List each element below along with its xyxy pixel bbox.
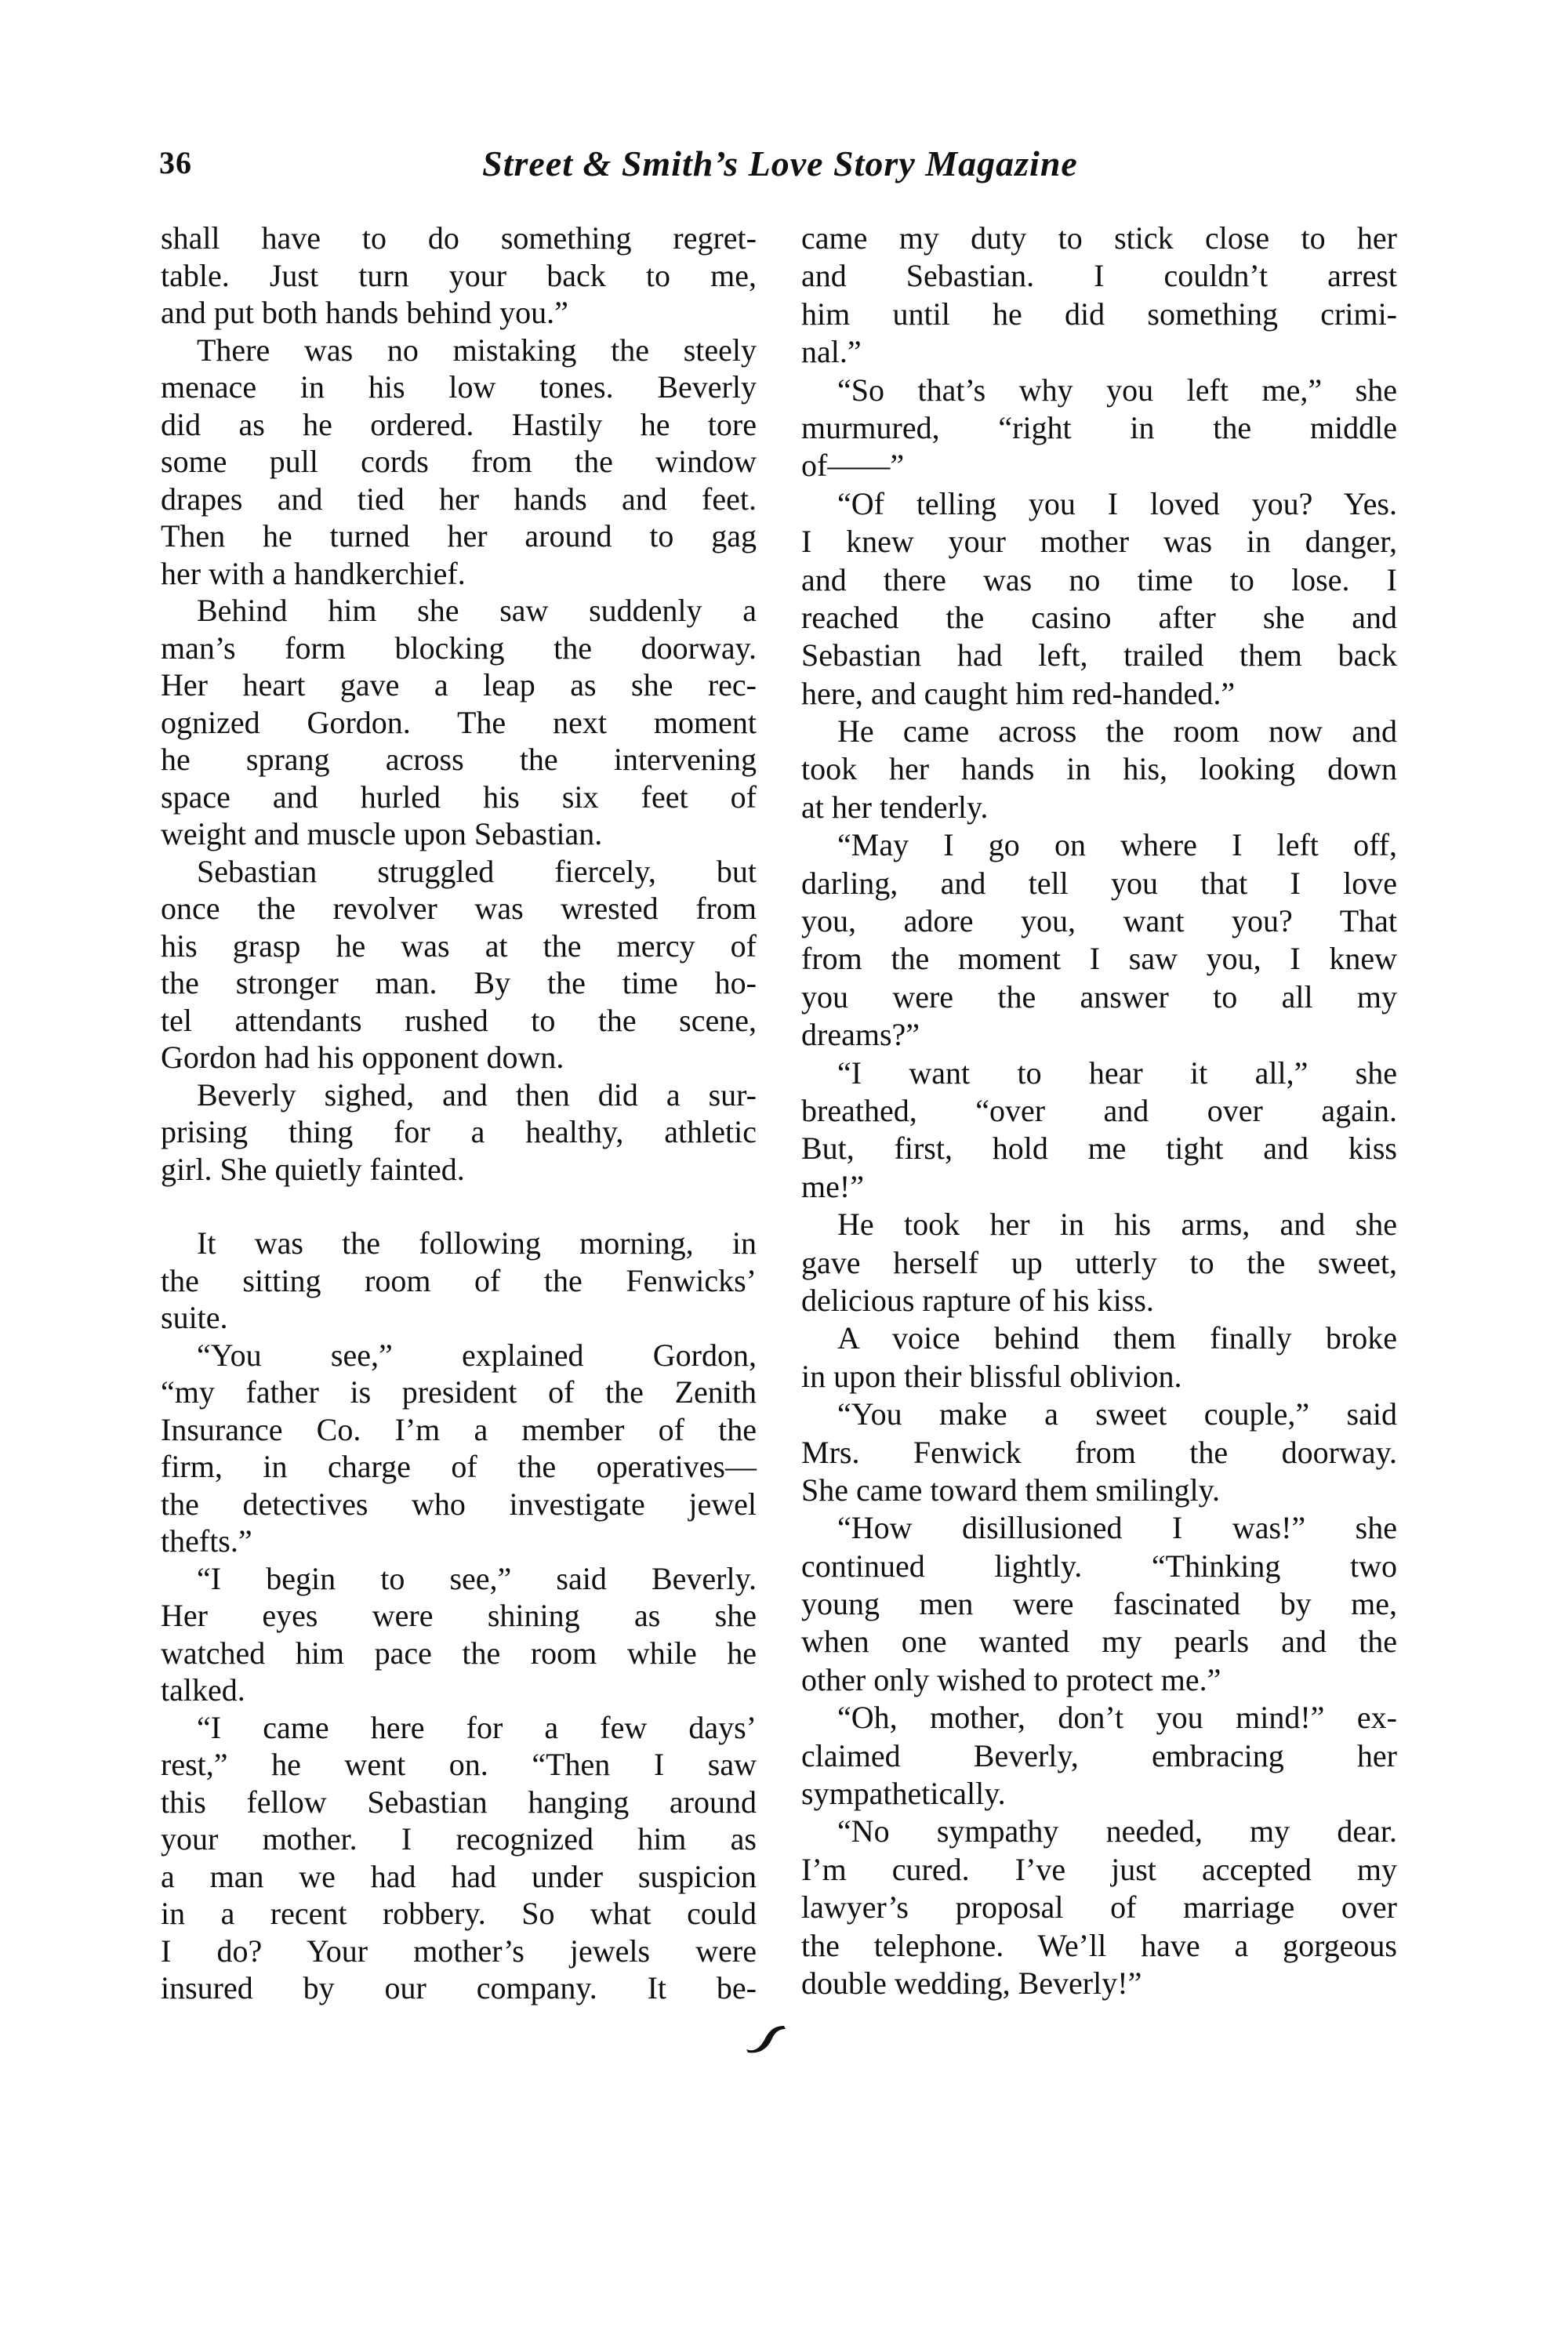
text-line: murmured, “right in the middle — [801, 409, 1397, 447]
text-line: Sebastian struggled fiercely, but — [161, 853, 757, 891]
text-line: the sitting room of the Fenwicks’ — [161, 1262, 757, 1300]
text-line: me!” — [801, 1168, 1397, 1206]
text-line: breathed, “over and over again. — [801, 1092, 1397, 1130]
text-line: Her heart gave a leap as she rec- — [161, 666, 757, 704]
text-line: He took her in his arms, and she — [801, 1206, 1397, 1243]
text-line: lawyer’s proposal of marriage over — [801, 1889, 1397, 1926]
line-text: and Sebastian. I couldn’t arrest — [801, 257, 1397, 295]
text-line: at her tenderly. — [801, 789, 1397, 826]
line-text: in a recent robbery. So what could — [161, 1895, 757, 1933]
text-line: nal.” — [801, 333, 1397, 371]
line-text: when one wanted my pearls and the — [801, 1623, 1397, 1661]
text-line: “No sympathy needed, my dear. — [801, 1813, 1397, 1850]
text-line: in upon their blissful oblivion. — [801, 1358, 1397, 1396]
line-text: drapes and tied her hands and feet. — [161, 481, 757, 518]
text-line: Gordon had his opponent down. — [161, 1039, 757, 1076]
text-line: drapes and tied her hands and feet. — [161, 481, 757, 518]
right-text-column: came my duty to stick close to herand Se… — [801, 220, 1397, 2002]
text-line: sympathetically. — [801, 1775, 1397, 1813]
text-line: Sebastian had left, trailed them back — [801, 637, 1397, 674]
line-text: Beverly sighed, and then did a sur- — [197, 1076, 757, 1114]
text-line: did as he ordered. Hastily he tore — [161, 406, 757, 444]
text-line: I’m cured. I’ve just accepted my — [801, 1851, 1397, 1889]
line-text: the telephone. We’ll have a gorgeous — [801, 1927, 1397, 1965]
text-line: A voice behind them finally broke — [801, 1319, 1397, 1357]
line-text: I knew your mother was in danger, — [801, 523, 1397, 561]
line-text: “So that’s why you left me,” she — [837, 372, 1397, 409]
line-text: Then he turned her around to gag — [161, 517, 757, 555]
text-line: you were the answer to all my — [801, 978, 1397, 1016]
text-line: But, first, hold me tight and kiss — [801, 1130, 1397, 1167]
line-text: the sitting room of the Fenwicks’ — [161, 1262, 757, 1300]
line-text: “I begin to see,” said Beverly. — [197, 1560, 757, 1598]
line-text: Sebastian struggled fiercely, but — [197, 853, 757, 891]
text-line: “How disillusioned I was!” she — [801, 1509, 1397, 1547]
line-text: double wedding, Beverly!” — [801, 1965, 1397, 2002]
text-line: ognized Gordon. The next moment — [161, 704, 757, 742]
text-line: when one wanted my pearls and the — [801, 1623, 1397, 1661]
text-line: this fellow Sebastian hanging around — [161, 1784, 757, 1821]
line-text: He came across the room now and — [837, 713, 1397, 750]
ornament-icon — [743, 2021, 790, 2056]
text-line: the detectives who investigate jewel — [161, 1486, 757, 1523]
line-text: breathed, “over and over again. — [801, 1092, 1397, 1130]
line-text: Sebastian had left, trailed them back — [801, 637, 1397, 674]
text-line: “Of telling you I loved you? Yes. — [801, 485, 1397, 523]
line-text: man’s form blocking the doorway. — [161, 630, 757, 667]
text-line: in a recent robbery. So what could — [161, 1895, 757, 1933]
line-text: ognized Gordon. The next moment — [161, 704, 757, 742]
text-line: from the moment I saw you, I knew — [801, 940, 1397, 978]
line-text: talked. — [161, 1671, 757, 1709]
line-text: I do? Your mother’s jewels were — [161, 1933, 757, 1970]
text-line: here, and caught him red-handed.” — [801, 675, 1397, 713]
text-line: There was no mistaking the steely — [161, 332, 757, 369]
text-line: man’s form blocking the doorway. — [161, 630, 757, 667]
text-line: and there was no time to lose. I — [801, 561, 1397, 599]
line-text: Her heart gave a leap as she rec- — [161, 666, 757, 704]
text-line: Beverly sighed, and then did a sur- — [161, 1076, 757, 1114]
line-text: her with a handkerchief. — [161, 555, 757, 593]
line-text: table. Just turn your back to me, — [161, 257, 757, 295]
running-title: Street & Smith’s Love Story Magazine — [439, 144, 1121, 183]
text-line: and put both hands behind you.” — [161, 294, 757, 332]
text-line: thefts.” — [161, 1523, 757, 1560]
text-line: Mrs. Fenwick from the doorway. — [801, 1434, 1397, 1472]
text-line: “my father is president of the Zenith — [161, 1374, 757, 1411]
line-text: darling, and tell you that I love — [801, 865, 1397, 902]
line-text: his grasp he was at the mercy of — [161, 927, 757, 965]
text-line: came my duty to stick close to her — [801, 220, 1397, 257]
text-line: girl. She quietly fainted. — [161, 1151, 757, 1189]
text-line: “I begin to see,” said Beverly. — [161, 1560, 757, 1598]
text-line: dreams?” — [801, 1016, 1397, 1054]
line-text: shall have to do something regret- — [161, 220, 757, 257]
line-text: sympathetically. — [801, 1775, 1397, 1813]
text-line: a man we had had under suspicion — [161, 1858, 757, 1896]
line-text: you, adore you, want you? That — [801, 902, 1397, 940]
text-line: continued lightly. “Thinking two — [801, 1548, 1397, 1585]
text-line: weight and muscle upon Sebastian. — [161, 815, 757, 853]
line-text: the stronger man. By the time ho- — [161, 964, 757, 1002]
line-text: in upon their blissful oblivion. — [801, 1358, 1397, 1396]
text-line: he sprang across the intervening — [161, 741, 757, 779]
text-line: firm, in charge of the operatives— — [161, 1448, 757, 1486]
line-text: “How disillusioned I was!” she — [837, 1509, 1397, 1547]
text-line: It was the following morning, in — [161, 1225, 757, 1262]
text-line: him until he did something crimi- — [801, 296, 1397, 333]
text-line: “Oh, mother, don’t you mind!” ex- — [801, 1699, 1397, 1737]
line-text: young men were fascinated by me, — [801, 1585, 1397, 1623]
line-text: Insurance Co. I’m a member of the — [161, 1411, 757, 1449]
line-text: insured by our company. It be- — [161, 1969, 757, 2007]
line-text: Mrs. Fenwick from the doorway. — [801, 1434, 1397, 1472]
line-text: nal.” — [801, 333, 1397, 371]
text-line: “I came here for a few days’ — [161, 1709, 757, 1747]
line-text: “May I go on where I left off, — [837, 826, 1397, 864]
magazine-page: 36 Street & Smith’s Love Story Magazine … — [0, 0, 1568, 2352]
line-text: watched him pace the room while he — [161, 1635, 757, 1672]
line-text: at her tenderly. — [801, 789, 1397, 826]
line-text: and there was no time to lose. I — [801, 561, 1397, 599]
text-line: talked. — [161, 1671, 757, 1709]
text-line: suite. — [161, 1299, 757, 1337]
line-text: here, and caught him red-handed.” — [801, 675, 1397, 713]
line-text: I’m cured. I’ve just accepted my — [801, 1851, 1397, 1889]
line-text: It was the following morning, in — [197, 1225, 757, 1262]
line-text: him until he did something crimi- — [801, 296, 1397, 333]
line-text: from the moment I saw you, I knew — [801, 940, 1397, 978]
s-ornament-icon — [743, 2021, 790, 2056]
text-line: and Sebastian. I couldn’t arrest — [801, 257, 1397, 295]
line-text: he sprang across the intervening — [161, 741, 757, 779]
line-text: “No sympathy needed, my dear. — [837, 1813, 1397, 1850]
line-text: gave herself up utterly to the sweet, — [801, 1244, 1397, 1282]
text-line: Behind him she saw suddenly a — [161, 592, 757, 630]
text-line: Then he turned her around to gag — [161, 517, 757, 555]
text-line: tel attendants rushed to the scene, — [161, 1002, 757, 1040]
line-text: came my duty to stick close to her — [801, 220, 1397, 257]
text-line: menace in his low tones. Beverly — [161, 368, 757, 406]
line-text: “my father is president of the Zenith — [161, 1374, 757, 1411]
text-line: watched him pace the room while he — [161, 1635, 757, 1672]
text-line: I do? Your mother’s jewels were — [161, 1933, 757, 1970]
line-text: “You make a sweet couple,” said — [837, 1396, 1397, 1433]
line-text: “I came here for a few days’ — [197, 1709, 757, 1747]
line-text: space and hurled his six feet of — [161, 779, 757, 816]
line-text: “Of telling you I loved you? Yes. — [837, 485, 1397, 523]
text-line: Insurance Co. I’m a member of the — [161, 1411, 757, 1449]
line-text: once the revolver was wrested from — [161, 890, 757, 927]
line-text: menace in his low tones. Beverly — [161, 368, 757, 406]
line-text: There was no mistaking the steely — [197, 332, 757, 369]
line-text: She came toward them smilingly. — [801, 1472, 1397, 1509]
line-text: continued lightly. “Thinking two — [801, 1548, 1397, 1585]
line-text: rest,” he went on. “Then I saw — [161, 1746, 757, 1784]
line-text: some pull cords from the window — [161, 443, 757, 481]
text-line: “You see,” explained Gordon, — [161, 1337, 757, 1374]
text-line: delicious rapture of his kiss. — [801, 1282, 1397, 1319]
line-text: suite. — [161, 1299, 757, 1337]
line-text: A voice behind them finally broke — [837, 1319, 1397, 1357]
line-text: other only wished to protect me.” — [801, 1661, 1397, 1699]
line-text: took her hands in his, looking down — [801, 750, 1397, 788]
line-text: me!” — [801, 1168, 1397, 1206]
paragraph-gap — [161, 1188, 757, 1225]
line-text: a man we had had under suspicion — [161, 1858, 757, 1896]
text-line: She came toward them smilingly. — [801, 1472, 1397, 1509]
line-text: girl. She quietly fainted. — [161, 1151, 757, 1189]
text-line: He came across the room now and — [801, 713, 1397, 750]
text-line: “May I go on where I left off, — [801, 826, 1397, 864]
line-text: firm, in charge of the operatives— — [161, 1448, 757, 1486]
line-text: tel attendants rushed to the scene, — [161, 1002, 757, 1040]
line-text: thefts.” — [161, 1523, 757, 1560]
page-number: 36 — [159, 146, 192, 180]
line-text: “You see,” explained Gordon, — [197, 1337, 757, 1374]
line-text: reached the casino after she and — [801, 599, 1397, 637]
line-text: this fellow Sebastian hanging around — [161, 1784, 757, 1821]
text-line: insured by our company. It be- — [161, 1969, 757, 2007]
text-line: some pull cords from the window — [161, 443, 757, 481]
text-line: once the revolver was wrested from — [161, 890, 757, 927]
line-text: But, first, hold me tight and kiss — [801, 1130, 1397, 1167]
text-line: space and hurled his six feet of — [161, 779, 757, 816]
line-text: weight and muscle upon Sebastian. — [161, 815, 757, 853]
text-line: young men were fascinated by me, — [801, 1585, 1397, 1623]
line-text: “Oh, mother, don’t you mind!” ex- — [837, 1699, 1397, 1737]
text-line: gave herself up utterly to the sweet, — [801, 1244, 1397, 1282]
text-line: the stronger man. By the time ho- — [161, 964, 757, 1002]
line-text: Behind him she saw suddenly a — [197, 592, 757, 630]
line-text: Her eyes were shining as she — [161, 1597, 757, 1635]
line-text: did as he ordered. Hastily he tore — [161, 406, 757, 444]
line-text: He took her in his arms, and she — [837, 1206, 1397, 1243]
text-line: “So that’s why you left me,” she — [801, 372, 1397, 409]
line-text: you were the answer to all my — [801, 978, 1397, 1016]
text-line: your mother. I recognized him as — [161, 1820, 757, 1858]
line-text: Gordon had his opponent down. — [161, 1039, 757, 1076]
line-text: lawyer’s proposal of marriage over — [801, 1889, 1397, 1926]
line-text: your mother. I recognized him as — [161, 1820, 757, 1858]
line-text: murmured, “right in the middle — [801, 409, 1397, 447]
text-line: the telephone. We’ll have a gorgeous — [801, 1927, 1397, 1965]
text-line: double wedding, Beverly!” — [801, 1965, 1397, 2002]
text-line: table. Just turn your back to me, — [161, 257, 757, 295]
line-text: delicious rapture of his kiss. — [801, 1282, 1397, 1319]
line-text: claimed Beverly, embracing her — [801, 1737, 1397, 1775]
text-line: reached the casino after she and — [801, 599, 1397, 637]
text-line: you, adore you, want you? That — [801, 902, 1397, 940]
line-text: and put both hands behind you.” — [161, 294, 757, 332]
text-line: claimed Beverly, embracing her — [801, 1737, 1397, 1775]
text-line: shall have to do something regret- — [161, 220, 757, 257]
text-line: Her eyes were shining as she — [161, 1597, 757, 1635]
text-line: I knew your mother was in danger, — [801, 523, 1397, 561]
line-text: “I want to hear it all,” she — [837, 1054, 1397, 1092]
text-line: his grasp he was at the mercy of — [161, 927, 757, 965]
left-text-column: shall have to do something regret-table.… — [161, 220, 757, 2007]
text-line: other only wished to protect me.” — [801, 1661, 1397, 1699]
text-line: rest,” he went on. “Then I saw — [161, 1746, 757, 1784]
text-line: “I want to hear it all,” she — [801, 1054, 1397, 1092]
text-line: her with a handkerchief. — [161, 555, 757, 593]
line-text: dreams?” — [801, 1016, 1397, 1054]
text-line: took her hands in his, looking down — [801, 750, 1397, 788]
line-text: of——” — [801, 447, 1397, 485]
text-line: of——” — [801, 447, 1397, 485]
line-text: prising thing for a healthy, athletic — [161, 1113, 757, 1151]
text-line: prising thing for a healthy, athletic — [161, 1113, 757, 1151]
text-line: “You make a sweet couple,” said — [801, 1396, 1397, 1433]
text-line: darling, and tell you that I love — [801, 865, 1397, 902]
line-text: the detectives who investigate jewel — [161, 1486, 757, 1523]
